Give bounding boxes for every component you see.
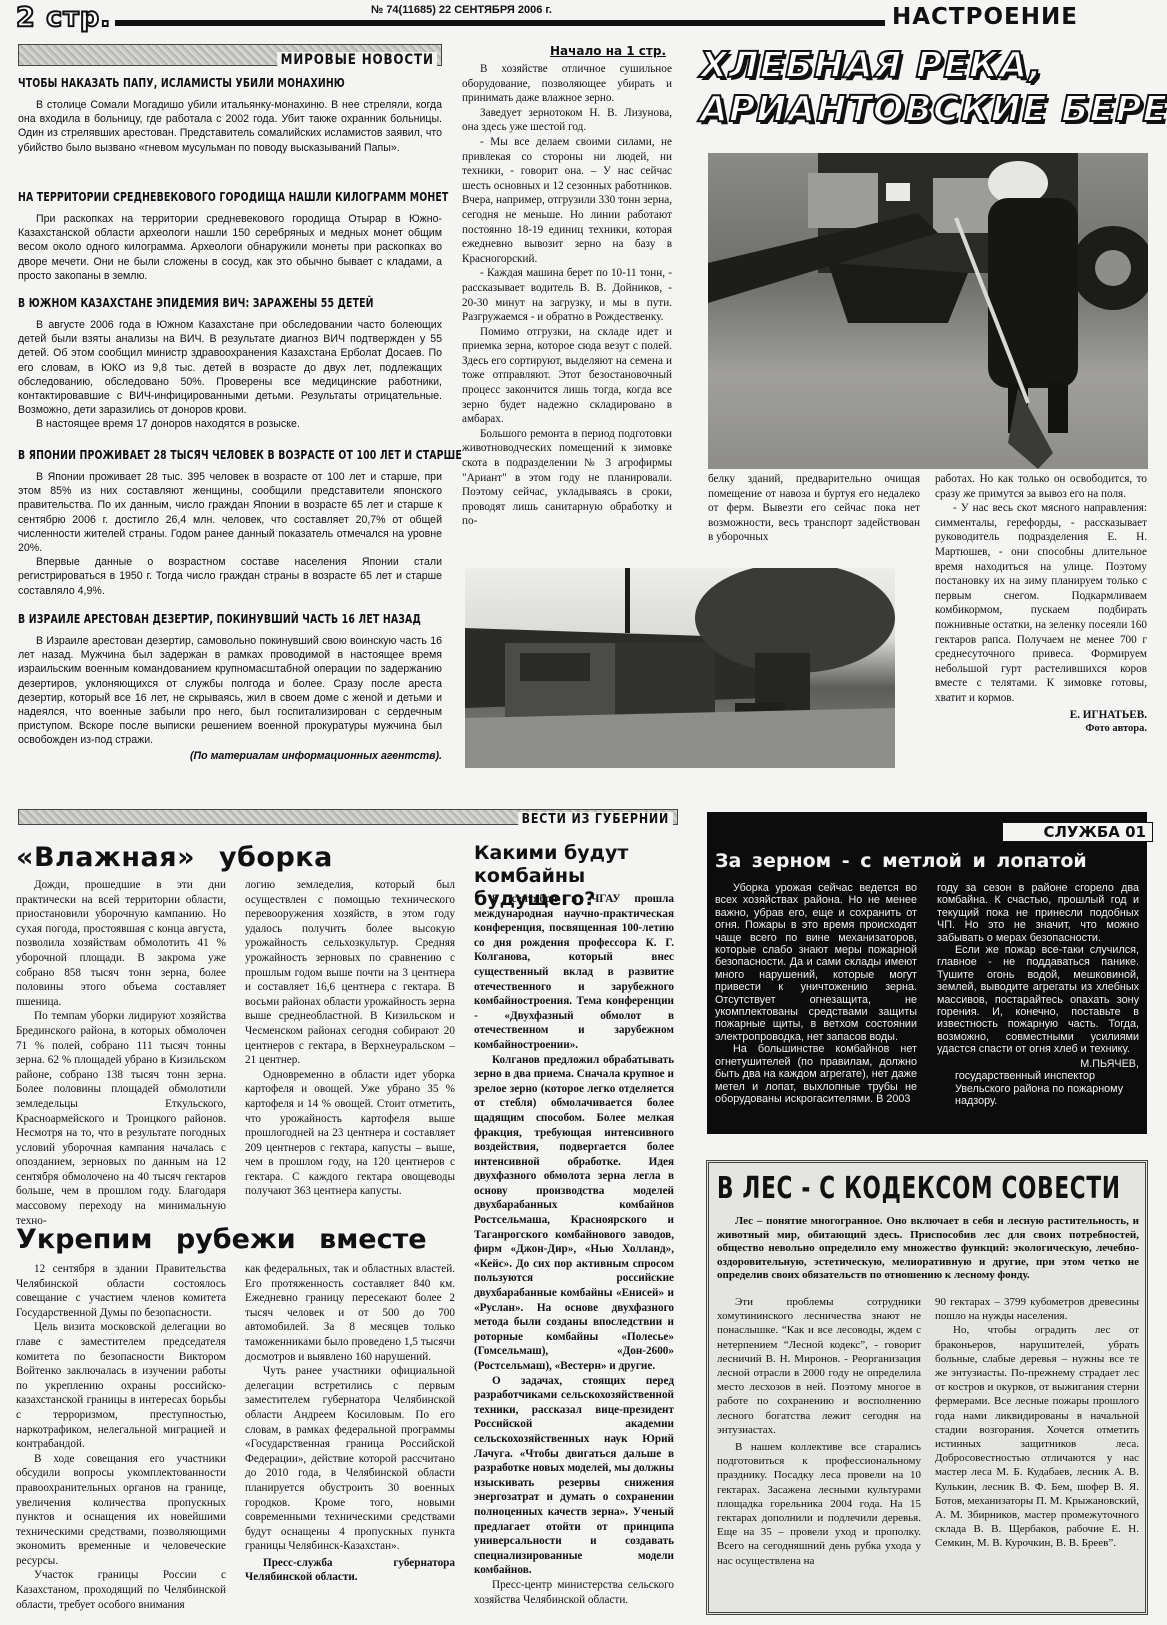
paragraph: В нашем коллективе все старались подгото… bbox=[717, 1440, 921, 1568]
bread-river-column-2: белку зданий, предварительно очищая поме… bbox=[708, 472, 920, 545]
issue-line: № 74(11685) 22 СЕНТЯБРЯ 2006 г. bbox=[365, 4, 558, 16]
paragraph: В Японии проживает 28 тыс. 395 человек в… bbox=[18, 470, 442, 555]
paragraph: работах. Но как только он освободится, т… bbox=[935, 472, 1147, 501]
fire-column-2: году за сезон в районе сгорело два комба… bbox=[937, 882, 1139, 1107]
article-body: В столице Сомали Могадишо убили итальянк… bbox=[18, 98, 442, 155]
paragraph: Эти проблемы сотрудники хомутининского л… bbox=[717, 1295, 921, 1437]
title-line-1: ХЛЕБНАЯ РЕКА, bbox=[700, 44, 1167, 88]
article-body: В Японии проживает 28 тыс. 395 человек в… bbox=[18, 470, 442, 598]
fire-title: За зерном - с метлой и лопатой bbox=[715, 850, 1087, 872]
bread-river-column-3: работах. Но как только он освободится, т… bbox=[935, 472, 1147, 737]
paragraph: Дожди, прошедшие в эти дни практически н… bbox=[16, 878, 226, 1009]
forest-title: В ЛЕС - С КОДЕКСОМ СОВЕСТИ bbox=[717, 1171, 1121, 1206]
paragraph: Одновременно в области идет уборка карто… bbox=[245, 1068, 455, 1199]
lead-paragraph: Лес – понятие многогранное. Оно включает… bbox=[717, 1215, 1139, 1283]
paragraph: В настоящее время 17 доноров находятся в… bbox=[18, 417, 442, 431]
world-news-banner-label: МИРОВЫЕ НОВОСТИ bbox=[277, 52, 437, 68]
wet-harvest-column-1: Дожди, прошедшие в эти дни практически н… bbox=[16, 878, 226, 1228]
fire-author: М.ПЬЯЧЕВ, bbox=[937, 1058, 1139, 1070]
headline: ЧТОБЫ НАКАЗАТЬ ПАПУ, ИСЛАМИСТЫ УБИЛИ МОН… bbox=[18, 76, 349, 90]
photo-credit: Фото автора. bbox=[935, 722, 1147, 737]
paragraph: - Мы все делаем своими силами, не привле… bbox=[462, 135, 672, 266]
photo-truck-and-tractor bbox=[465, 568, 895, 768]
paragraph: На большинстве комбайнов нет огнетушител… bbox=[715, 1043, 917, 1105]
photo-woman-sweeping-grain bbox=[708, 153, 1148, 469]
paragraph: как федеральных, так и областных властей… bbox=[245, 1262, 455, 1364]
photo-illustration bbox=[708, 153, 1148, 469]
paragraph: Чуть ранее участники официальной делегац… bbox=[245, 1364, 455, 1554]
paragraph: логию земледелия, который был осуществле… bbox=[245, 878, 455, 1068]
paragraph: В Израиле арестован дезертир, самовольно… bbox=[18, 634, 442, 748]
forest-lead: Лес – понятие многогранное. Оно включает… bbox=[717, 1215, 1139, 1283]
paragraph: - У нас весь скот мясного направления: с… bbox=[935, 501, 1147, 705]
continued-from-label: Начало на 1 стр. bbox=[550, 44, 666, 58]
regional-banner-strip: ВЕСТИ ИЗ ГУБЕРНИИ bbox=[18, 809, 678, 825]
fire-safety-box: СЛУЖБА 01 За зерном - с метлой и лопатой… bbox=[707, 812, 1147, 1134]
paragraph: 90 гектарах – 3799 кубометров древесины … bbox=[935, 1295, 1139, 1323]
regional-news-banner: ВЕСТИ ИЗ ГУБЕРНИИ bbox=[18, 809, 678, 825]
paragraph: Участок границы России с Казахстаном, пр… bbox=[16, 1568, 226, 1612]
borders-column-1: 12 сентября в здании Правительства Челяб… bbox=[16, 1262, 226, 1612]
wet-harvest-column-2: логию земледелия, который был осуществле… bbox=[245, 878, 455, 1199]
paragraph: Цель визита московской делегации во глав… bbox=[16, 1320, 226, 1451]
borders-column-2: как федеральных, так и областных властей… bbox=[245, 1262, 455, 1585]
combines-signature: Пресс-центр министерства сельского хозяй… bbox=[474, 1578, 674, 1607]
paragraph: Впервые данные о возрастном составе насе… bbox=[18, 555, 442, 598]
paragraph: В ходе совещания его участники обсудили … bbox=[16, 1452, 226, 1569]
world-news-item: В ЮЖНОМ КАЗАХСТАНЕ ЭПИДЕМИЯ ВИЧ: ЗАРАЖЕН… bbox=[18, 296, 442, 432]
paragraph: белку зданий, предварительно очищая поме… bbox=[708, 472, 920, 545]
page-number: 2 стр. bbox=[16, 2, 111, 33]
paragraph: Но, чтобы оградить лес от браконьеров, н… bbox=[935, 1323, 1139, 1550]
paragraph: При раскопках на территории средневеково… bbox=[18, 212, 442, 283]
article-body: В Израиле арестован дезертир, самовольно… bbox=[18, 634, 442, 748]
headline: В ИЗРАИЛЕ АРЕСТОВАН ДЕЗЕРТИР, ПОКИНУВШИЙ… bbox=[18, 612, 349, 626]
paragraph: В хозяйстве отличное сушильное оборудова… bbox=[462, 62, 672, 106]
forest-article-box: В ЛЕС - С КОДЕКСОМ СОВЕСТИ Лес – понятие… bbox=[706, 1160, 1148, 1615]
paragraph: Колганов предложил обрабатывать зерно в … bbox=[474, 1053, 674, 1374]
combines-body: 8 сентября в ЧГАУ прошла международная н… bbox=[474, 892, 674, 1607]
headline: В ЮЖНОМ КАЗАХСТАНЕ ЭПИДЕМИЯ ВИЧ: ЗАРАЖЕН… bbox=[18, 296, 349, 310]
headline: НА ТЕРРИТОРИИ СРЕДНЕВЕКОВОГО ГОРОДИЩА НА… bbox=[18, 190, 349, 204]
paragraph: Если же пожар все-таки случился, главное… bbox=[937, 944, 1139, 1056]
article-body: При раскопках на территории средневеково… bbox=[18, 212, 442, 283]
paragraph: Уборка урожая сейчас ведется во всех хоз… bbox=[715, 882, 917, 1043]
photo-illustration bbox=[465, 568, 895, 768]
world-news-banner: МИРОВЫЕ НОВОСТИ bbox=[18, 44, 442, 66]
bread-river-column-1: В хозяйстве отличное сушильное оборудова… bbox=[462, 62, 672, 529]
headline: В ЯПОНИИ ПРОЖИВАЕТ 28 ТЫСЯЧ ЧЕЛОВЕК В ВО… bbox=[18, 448, 349, 462]
paragraph: Заведует зернотоком Н. В. Лизунова, она … bbox=[462, 106, 672, 135]
paragraph: В августе 2006 года в Южном Казахстане п… bbox=[18, 318, 442, 417]
world-news-item: В ЯПОНИИ ПРОЖИВАЕТ 28 ТЫСЯЧ ЧЕЛОВЕК В ВО… bbox=[18, 448, 442, 598]
world-news-section: МИРОВЫЕ НОВОСТИ bbox=[18, 44, 442, 66]
wet-harvest-title: «Влажная» уборка bbox=[16, 842, 333, 873]
paragraph: 12 сентября в здании Правительства Челяб… bbox=[16, 1262, 226, 1320]
paragraph: году за сезон в районе сгорело два комба… bbox=[937, 882, 1139, 944]
article-body: В августе 2006 года в Южном Казахстане п… bbox=[18, 318, 442, 432]
fire-author-title: государственный инспектор Увельского рай… bbox=[937, 1070, 1139, 1107]
paragraph: По темпам уборки лидируют хозяйства Бред… bbox=[16, 1009, 226, 1228]
regional-banner-label: ВЕСТИ ИЗ ГУБЕРНИИ bbox=[519, 812, 673, 827]
section-title-mood: НАСТРОЕНИЕ bbox=[892, 4, 1078, 30]
author-signature: Е. ИГНАТЬЕВ. bbox=[935, 708, 1147, 723]
paragraph: - Каждая машина берет по 10-11 тонн, - р… bbox=[462, 266, 672, 324]
forest-column-1: Эти проблемы сотрудники хомутининского л… bbox=[717, 1295, 921, 1568]
fire-column-1: Уборка урожая сейчас ведется во всех хоз… bbox=[715, 882, 917, 1105]
rubric-label: СЛУЖБА 01 bbox=[1002, 822, 1153, 842]
title-line-2: АРИАНТОВСКИЕ БЕРЕГА bbox=[700, 88, 1167, 132]
header-rule bbox=[115, 20, 885, 26]
world-news-item: НА ТЕРРИТОРИИ СРЕДНЕВЕКОВОГО ГОРОДИЩА НА… bbox=[18, 190, 442, 283]
bread-river-title: ХЛЕБНАЯ РЕКА, АРИАНТОВСКИЕ БЕРЕГА bbox=[700, 44, 1167, 132]
paragraph: О задачах, стоящих перед разработчиками … bbox=[474, 1374, 674, 1578]
borders-title: Укрепим рубежи вместе bbox=[16, 1224, 427, 1255]
news-source: (По материалам информационных агентств). bbox=[18, 749, 442, 763]
world-news-item: В ИЗРАИЛЕ АРЕСТОВАН ДЕЗЕРТИР, ПОКИНУВШИЙ… bbox=[18, 612, 442, 763]
paragraph: 8 сентября в ЧГАУ прошла международная н… bbox=[474, 892, 674, 1053]
paragraph: В столице Сомали Могадишо убили итальянк… bbox=[18, 98, 442, 155]
forest-column-2: 90 гектарах – 3799 кубометров древесины … bbox=[935, 1295, 1139, 1551]
paragraph: Большого ремонта в период подготовки жив… bbox=[462, 427, 672, 529]
paragraph: Помимо отгрузки, на складе идет и приемк… bbox=[462, 325, 672, 427]
world-news-item: ЧТОБЫ НАКАЗАТЬ ПАПУ, ИСЛАМИСТЫ УБИЛИ МОН… bbox=[18, 76, 442, 155]
borders-signature: Пресс-служба губернатора Челябинской обл… bbox=[245, 1556, 455, 1585]
